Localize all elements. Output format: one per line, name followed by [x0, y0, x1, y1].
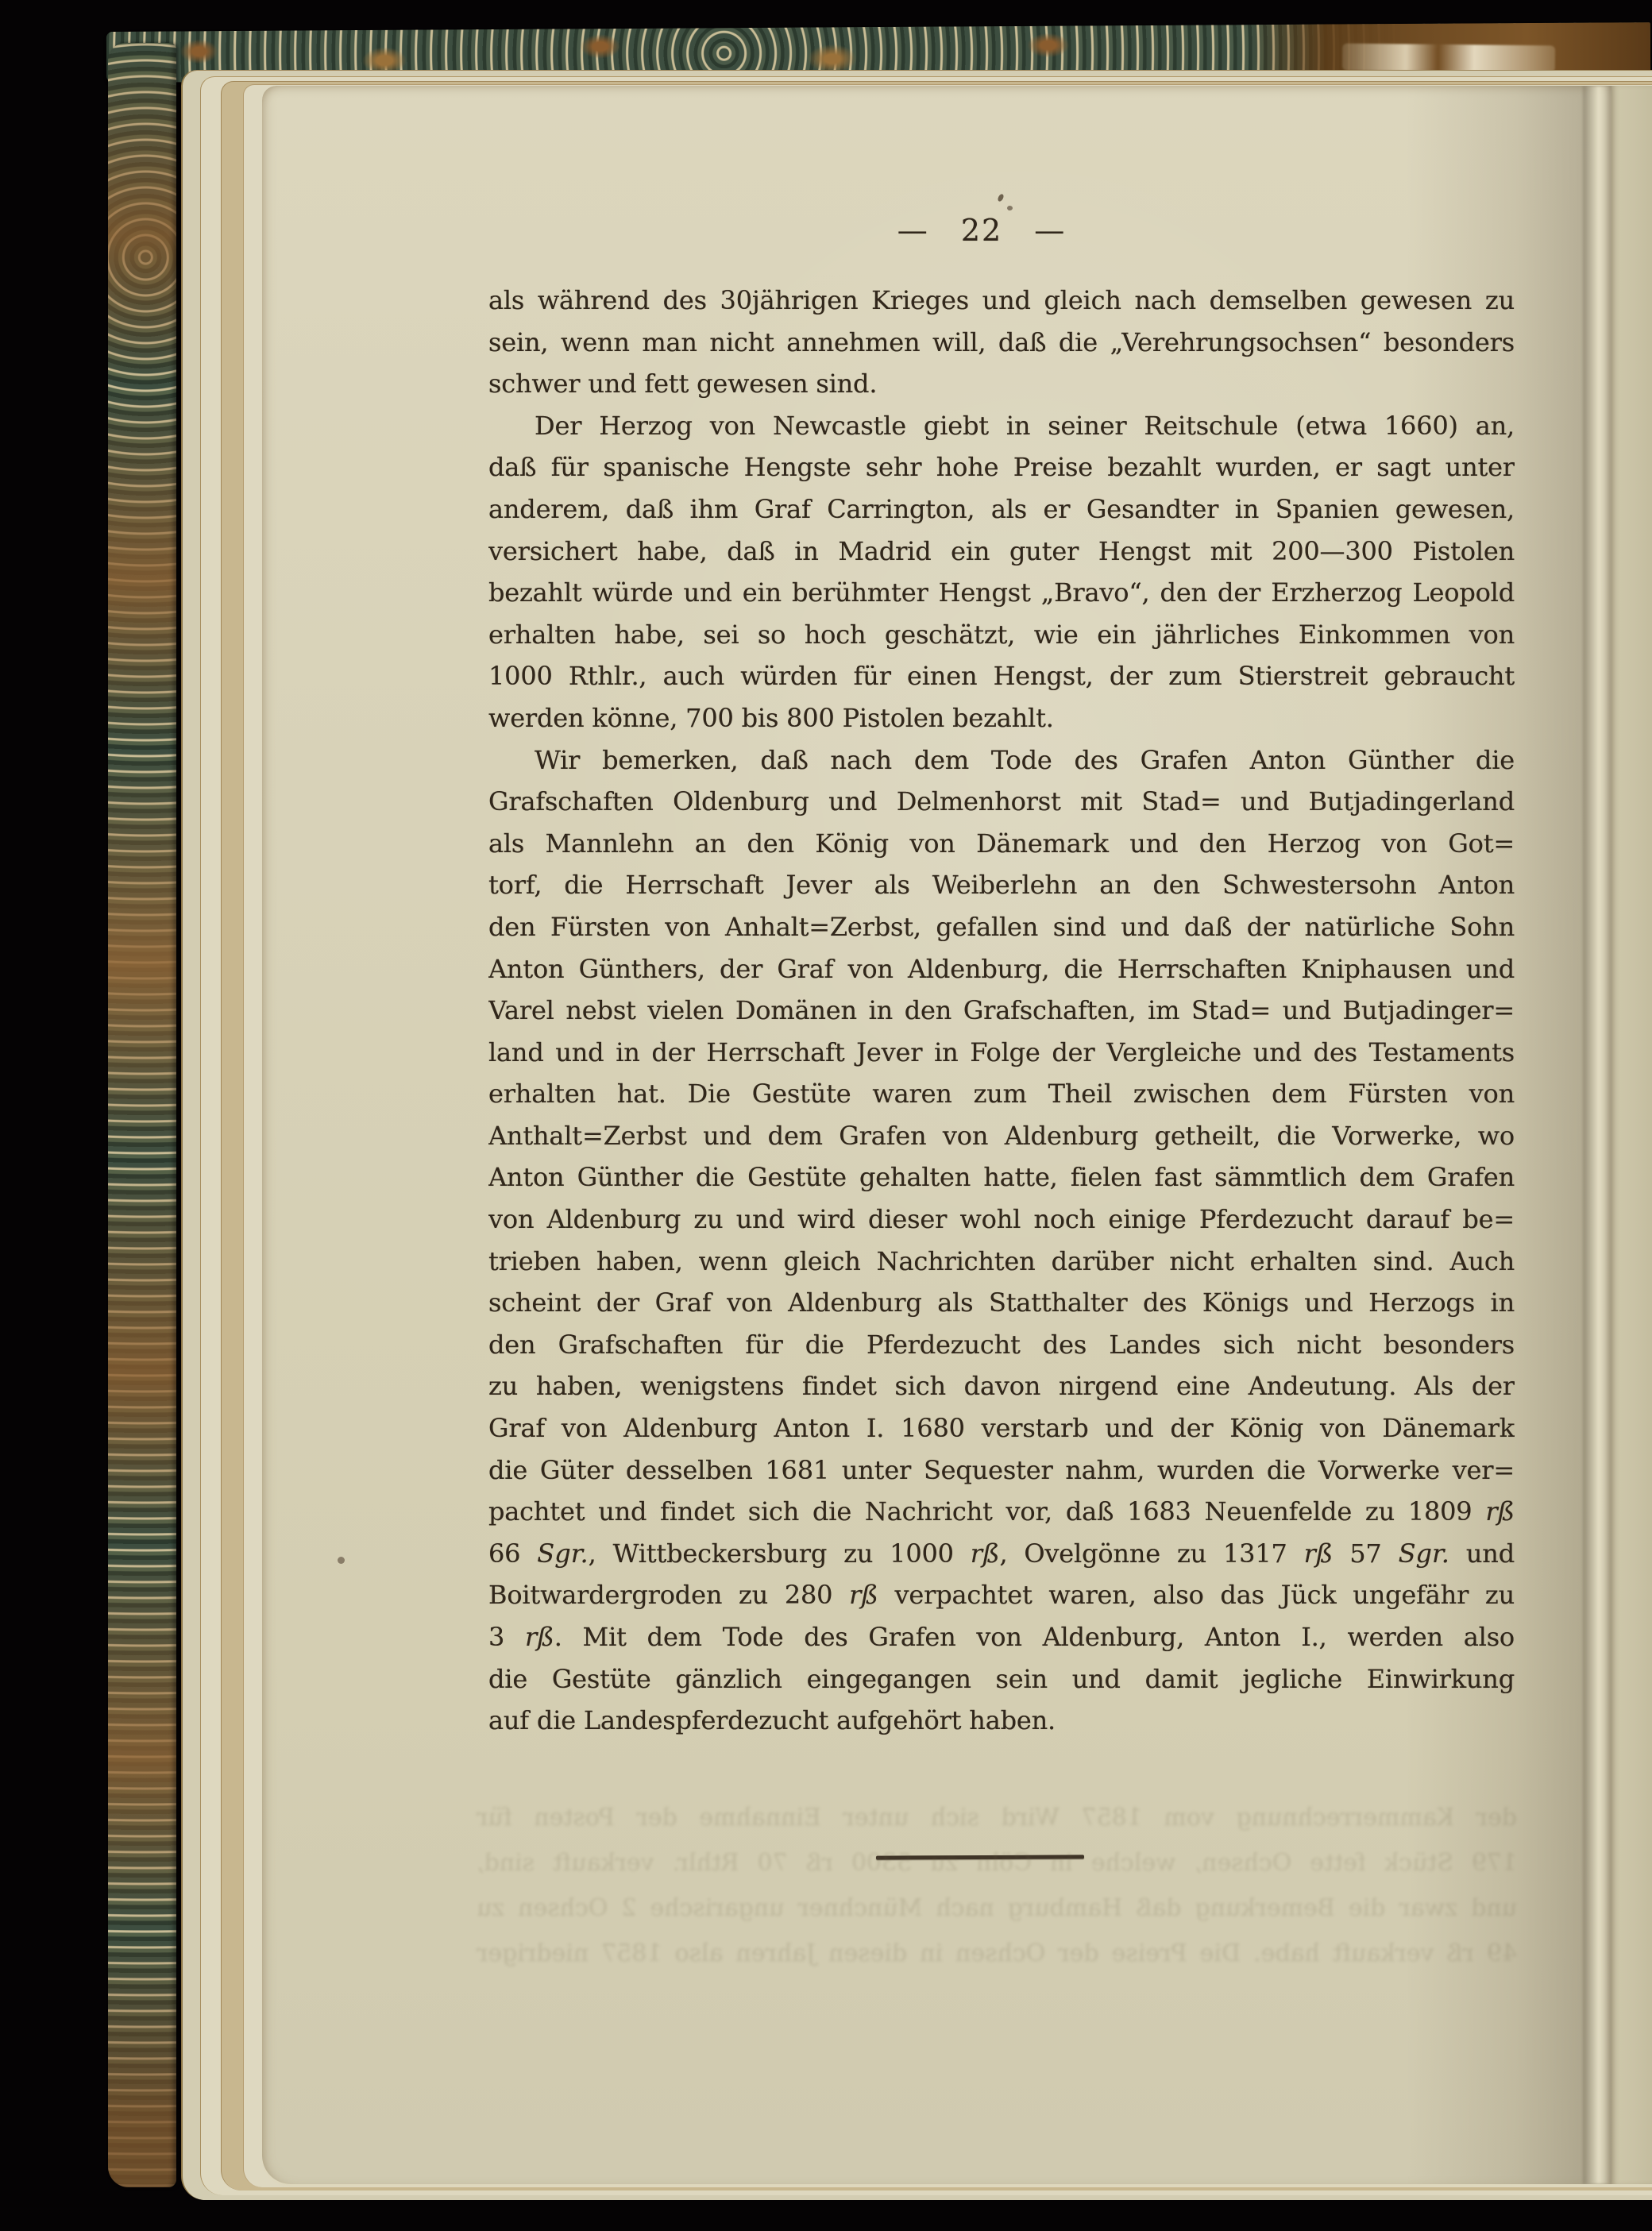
script-abbreviation: Sgr. [537, 1538, 588, 1569]
book-cover-left-edge [108, 43, 176, 2187]
bleedthrough-line: 179 Stück fette Ochsen, welche in Cöln z… [477, 1840, 1517, 1886]
text-line: als während des 30jährigen Krieges und g… [488, 280, 1515, 322]
text-block: als während des 30jährigen Krieges und g… [488, 280, 1515, 1742]
page-number: — 22 — [469, 213, 1495, 248]
bleedthrough-line: 49 rß verkauft habe. Die Preise der Ochs… [477, 1931, 1517, 1976]
ink-speck [997, 193, 1005, 203]
text-line: Boitwardergroden zu 280 rß verpachtet wa… [488, 1574, 1515, 1616]
text-line: scheint der Graf von Aldenburg als Statt… [488, 1282, 1515, 1324]
text-line: land und in der Herrschaft Jever in Folg… [488, 1032, 1515, 1074]
book-photo: — 22 — als während des 30jährigen Kriege… [0, 0, 1652, 2231]
text-line: die Gestüte gänzlich eingegangen sein un… [488, 1658, 1515, 1700]
text-line: torf, die Herrschaft Jever als Weiberleh… [488, 864, 1515, 906]
text-line: anderem, daß ihm Graf Carrington, als er… [488, 488, 1515, 531]
bleedthrough-line: der Kammerrechnung vom 1857 Wird sich un… [477, 1795, 1517, 1840]
text-line: werden könne, 700 bis 800 Pistolen bezah… [488, 697, 1515, 739]
text-line: daß für spanische Hengste sehr hohe Prei… [488, 446, 1515, 488]
text-line: erhalten habe, sei so hoch geschätzt, wi… [488, 614, 1515, 656]
text-line: 66 Sgr., Wittbeckersburg zu 1000 rß, Ove… [488, 1533, 1515, 1575]
text-line: zu haben, wenigstens findet sich davon n… [488, 1365, 1515, 1407]
text-line: pachtet und findet sich die Nachricht vo… [488, 1491, 1515, 1533]
text-line: von Aldenburg zu und wird dieser wohl no… [488, 1198, 1515, 1241]
leather-highlight [1342, 44, 1555, 73]
text-line: versichert habe, daß in Madrid ein guter… [488, 531, 1515, 573]
script-abbreviation: Sgr. [1399, 1538, 1449, 1569]
text-line: erhalten hat. Die Gestüte waren zum Thei… [488, 1073, 1515, 1115]
paragraph: als während des 30jährigen Krieges und g… [488, 280, 1515, 405]
text-line: Wir bemerken, daß nach dem Tode des Graf… [488, 739, 1515, 782]
text-line: Anton Günthers, der Graf von Aldenburg, … [488, 948, 1515, 990]
text-line: 1000 Rthlr., auch würden für einen Hengs… [488, 655, 1515, 697]
bleedthrough-line: und zwar die Bemerkung daß Hamburg nach … [477, 1886, 1517, 1931]
text-line: Anthalt=Zerbst und dem Grafen von Aldenb… [488, 1115, 1515, 1157]
text-line: 3 rß. Mit dem Tode des Grafen von Aldenb… [488, 1616, 1515, 1658]
paragraph: Wir bemerken, daß nach dem Tode des Graf… [488, 739, 1515, 1742]
text-line: den Grafschaften für die Pferdezucht des… [488, 1324, 1515, 1366]
text-line: Anton Günther die Gestüte gehalten hatte… [488, 1156, 1515, 1198]
text-line: die Güter desselben 1681 unter Sequester… [488, 1449, 1515, 1492]
text-line: Grafschaften Oldenburg und Delmenhorst m… [488, 781, 1515, 823]
script-abbreviation: rß [849, 1580, 878, 1610]
text-line: trieben haben, wenn gleich Nachrichten d… [488, 1241, 1515, 1283]
text-line: sein, wenn man nicht annehmen will, daß … [488, 322, 1515, 364]
ink-speck [1007, 206, 1013, 210]
facing-page-edge [1611, 86, 1652, 2184]
paragraph: Der Herzog von Newcastle giebt in seiner… [488, 405, 1515, 739]
text-line: Graf von Aldenburg Anton I. 1680 verstar… [488, 1407, 1515, 1449]
gutter-crease-highlight [1583, 86, 1611, 2184]
book-page: — 22 — als während des 30jährigen Kriege… [262, 86, 1652, 2184]
script-abbreviation: rß [1304, 1538, 1334, 1569]
script-abbreviation: rß [971, 1538, 1000, 1569]
text-line: als Mannlehn an den König von Dänemark u… [488, 823, 1515, 865]
bleedthrough-text: der Kammerrechnung vom 1857 Wird sich un… [477, 1795, 1517, 1976]
script-abbreviation: rß [1485, 1496, 1515, 1527]
ink-speck [338, 1557, 345, 1564]
text-line: Der Herzog von Newcastle giebt in seiner… [488, 405, 1515, 447]
text-line: den Fürsten von Anhalt=Zerbst, gefallen … [488, 906, 1515, 948]
text-line: Varel nebst vielen Domänen in den Grafsc… [488, 990, 1515, 1032]
text-line: auf die Landespferdezucht aufgehört habe… [488, 1700, 1515, 1742]
text-line: bezahlt würde und ein berühmter Hengst „… [488, 572, 1515, 614]
script-abbreviation: rß [525, 1622, 554, 1652]
text-line: schwer und fett gewesen sind. [488, 363, 1515, 405]
